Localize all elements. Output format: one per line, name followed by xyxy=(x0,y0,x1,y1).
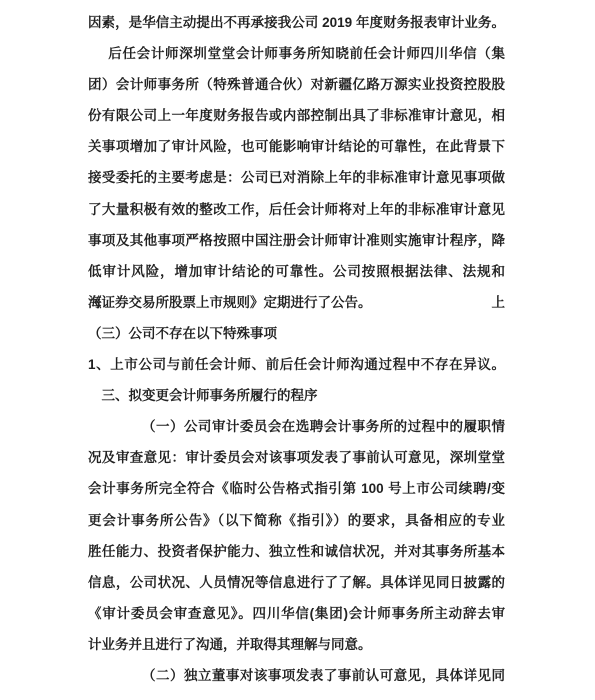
text-line: 计业务并且进行了沟通，并取得其理解与同意。 xyxy=(88,629,505,660)
document-page: 因素，是华信主动提出不再承接我公司 2019 年度财务报表审计业务。后任会计师深… xyxy=(0,0,595,700)
text-line: 接受委托的主要考虑是：公司已对消除上年的非标准审计意见事项做 xyxy=(88,162,505,193)
text-line: 团）会计师事务所（特殊普通合伙）对新疆亿路万源实业投资控股股 xyxy=(88,69,505,100)
text-line: 会计事务所完全符合《临时公告格式指引第 100 号上市公司续聘/变 xyxy=(88,473,505,504)
text-line: 《审计委员会审查意见》。四川华信(集团)会计师事务所主动辞去审 xyxy=(88,598,505,629)
text-line: 三、拟变更会计师事务所履行的程序 xyxy=(88,380,505,411)
text-line: 了大量积极有效的整改工作，后任会计师将对上年的非标准审计意见 xyxy=(88,194,505,225)
text-line: （三）公司不存在以下特殊事项 xyxy=(88,318,505,349)
text-line: 信息，公司状况、人员情况等信息进行了了解。具体详见同日披露的 xyxy=(88,567,505,598)
text-line: 胜任能力、投资者保护能力、独立性和诚信状况，并对其事务所基本 xyxy=(88,536,505,567)
text-line: 因素，是华信主动提出不再承接我公司 2019 年度财务报表审计业务。 xyxy=(88,7,505,38)
text-line: 低审计风险，增加审计结论的可靠性。公司按照根据法律、法规和《上 xyxy=(88,256,505,287)
text-line: 况及审查意见：审计委员会对该事项发表了事前认可意见，深圳堂堂 xyxy=(88,442,505,473)
text-line: （一）公司审计委员会在选聘会计事务所的过程中的履职情 xyxy=(88,411,505,442)
text-line: 1、上市公司与前任会计师、前后任会计师沟通过程中不存在异议。 xyxy=(88,349,505,380)
document-text-block: 因素，是华信主动提出不再承接我公司 2019 年度财务报表审计业务。后任会计师深… xyxy=(88,7,505,691)
text-line: 事项及其他事项严格按照中国注册会计师审计准则实施审计程序，降 xyxy=(88,225,505,256)
text-line: 份有限公司上一年度财务报告或内部控制出具了非标准审计意见，相 xyxy=(88,100,505,131)
text-line: 关事项增加了审计风险，也可能影响审计结论的可靠性，在此背景下 xyxy=(88,131,505,162)
text-line: 后任会计师深圳堂堂会计师事务所知晓前任会计师四川华信（集 xyxy=(88,38,505,69)
text-line: 更会计事务所公告》（以下简称《指引》）的要求，具备相应的专业 xyxy=(88,505,505,536)
text-line: （二）独立董事对该事项发表了事前认可意见，具体详见同 xyxy=(88,660,505,691)
